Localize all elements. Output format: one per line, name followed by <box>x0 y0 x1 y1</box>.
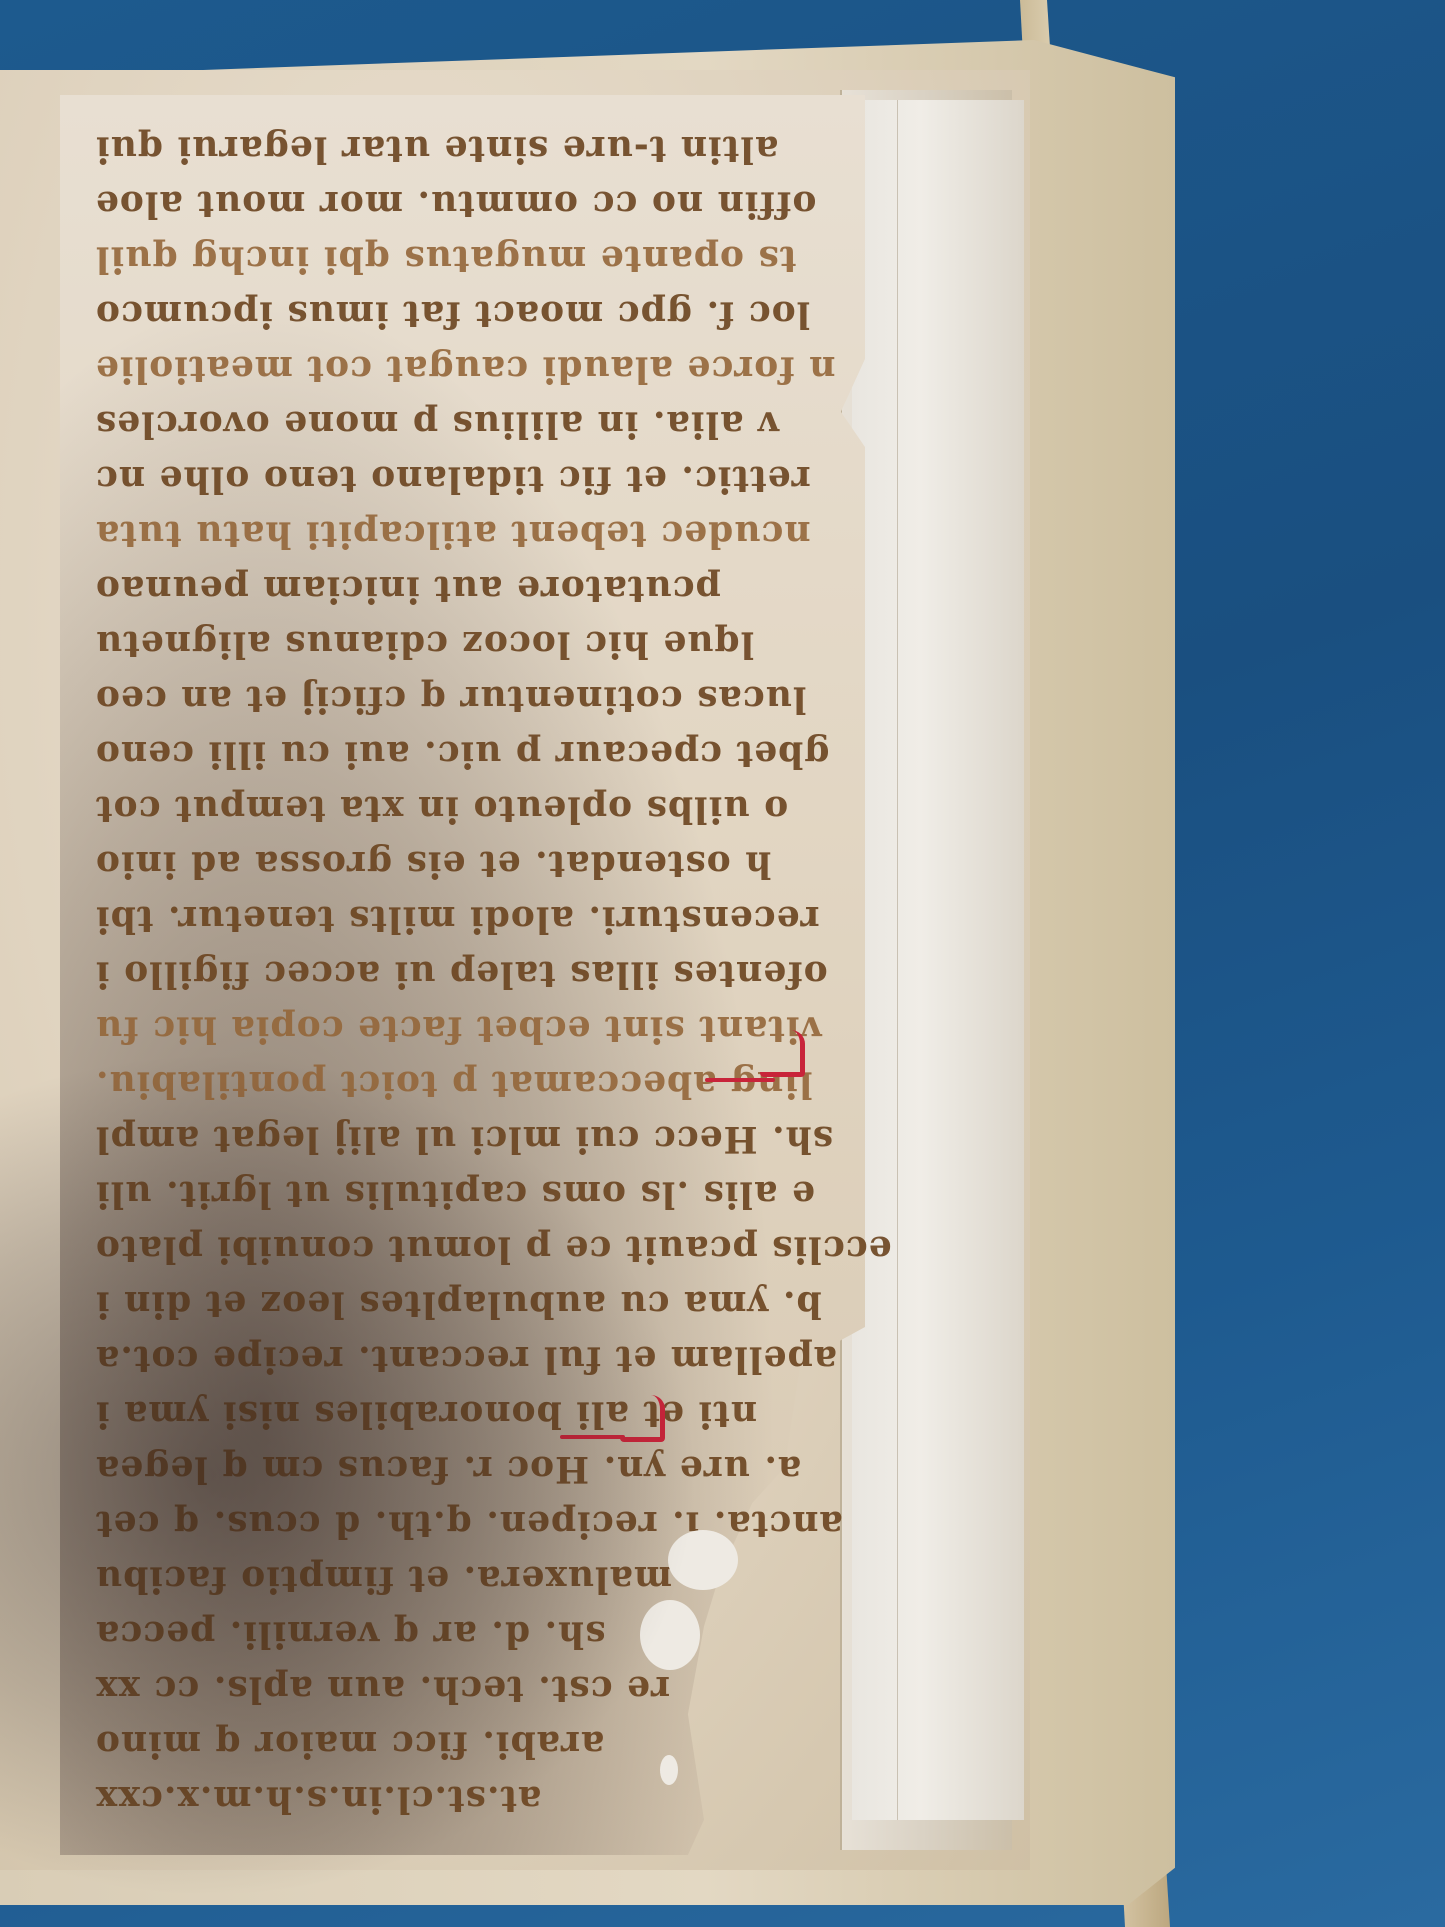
manuscript-line: ofentes illas talep ui accec figillo i <box>95 953 828 995</box>
manuscript-line: sh. d. ar q vernili. pecca <box>95 1613 606 1655</box>
manuscript-line: offin no cc ommtu. mor mout aloe <box>95 183 816 225</box>
manuscript-line: ncudec tebent atilcapiti hatu tuta <box>95 513 811 555</box>
parchment-hole <box>660 1755 678 1785</box>
manuscript-line: loc f. gpc moact fat imus ipcumco <box>95 293 810 335</box>
manuscript-line: arabi. ficc maior q mino <box>95 1723 604 1765</box>
manuscript-line: e alis .ls oms capitulis ut lgrit. uli <box>95 1173 815 1215</box>
parchment-loss <box>640 1600 700 1670</box>
manuscript-line: ecclis pcauit ce p lomut conuibi plato <box>95 1228 892 1270</box>
manuscript-line: at.st.cl.in.s.h.m.x.cxx <box>95 1778 541 1820</box>
parchment-loss <box>668 1530 738 1590</box>
photo-scene: at.st.cl.in.s.h.m.x.cxx arabi. ficc maio… <box>0 0 1445 1927</box>
manuscript-line: o uilbs opleuto in xta temput cot <box>95 788 788 830</box>
guard-strip-fold <box>897 100 1018 1820</box>
red-rubric-initial <box>760 1030 805 1077</box>
red-rubric-stroke <box>705 1078 775 1082</box>
red-rubric-initial <box>620 1395 665 1442</box>
manuscript-line: altin t-ure sinte utar legarui qui <box>95 128 778 170</box>
manuscript-line: a. ure yn. Hoc r. facus cm q legea <box>95 1448 801 1490</box>
red-rubric-stroke <box>560 1435 625 1439</box>
manuscript-line: ancta. i. recipen. q.th. d ccus. q cet <box>95 1503 843 1545</box>
manuscript-line: recensturi. alodi milts tenetur. tbi <box>95 898 820 940</box>
manuscript-text-block: at.st.cl.in.s.h.m.x.cxx arabi. ficc maio… <box>95 100 855 1860</box>
manuscript-line: pcutatore aut iniciam peunao <box>95 568 721 610</box>
manuscript-line: ts opante mugatus qbi inchg quil <box>95 238 796 280</box>
manuscript-line: v alia. in alilius p mone ovorcles <box>95 403 779 445</box>
manuscript-line: vitant sint ecbet facte copia hic fu <box>95 1008 822 1050</box>
manuscript-line: b. yma cu aubulapltes leoz et din i <box>95 1283 822 1325</box>
manuscript-line: apellam et ful reccant. recipe cot.a <box>95 1338 837 1380</box>
manuscript-line: h ostendat. et eis grossa ad inio <box>95 843 771 885</box>
manuscript-line: rettic. et fic tidalano teno olhe nc <box>95 458 811 500</box>
manuscript-line: re cst. tech. aun apls. cc xx <box>95 1668 670 1710</box>
manuscript-line: ling abeccamat p toict pontilabiu. <box>95 1063 813 1105</box>
manuscript-line: maluxera. et fimptio facibu <box>95 1558 672 1600</box>
manuscript-line: sh. Hecc cui mlci ul alij legat ampl <box>95 1118 833 1160</box>
manuscript-line: lque hic locoz cdianus alignetu <box>95 623 754 665</box>
manuscript-line: lucas cotinentur q cficij et an ceo <box>95 678 807 720</box>
manuscript-line: n force alaudi caugat cot meatiolie <box>95 348 835 390</box>
manuscript-line: gbet cpecaur p uic. aui cu illi ceno <box>95 733 829 775</box>
